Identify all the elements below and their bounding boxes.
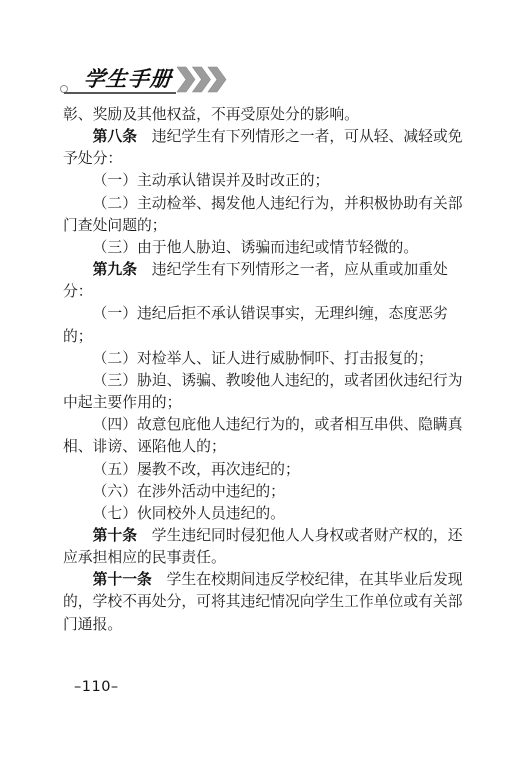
article-number: 第十条: [93, 527, 137, 544]
page-number: –110–: [74, 679, 119, 695]
text-line: 应承担相应的民事责任。: [63, 547, 463, 569]
text-line: （六）在涉外活动中违纪的；: [63, 481, 463, 503]
text-line: （一）违纪后拒不承认错误事实，无理纠缠，态度恶劣: [63, 303, 463, 325]
text-line: 分：: [63, 281, 463, 303]
text-line: （四）故意包庇他人违纪行为的，或者相互串供、隐瞒真: [63, 414, 463, 436]
text-line: 中起主要作用的；: [63, 392, 463, 414]
text-line: （三）由于他人胁迫、诱骗而违纪或情节轻微的。: [63, 237, 463, 259]
text-line: 彰、奖励及其他权益，不再受原处分的影响。: [63, 104, 463, 126]
text-line: （二）对检举人、证人进行威胁恫吓、打击报复的；: [63, 348, 463, 370]
text-line: 门通报。: [63, 614, 463, 636]
text-line: 第九条 违纪学生有下列情形之一者，应从重或加重处: [63, 259, 463, 281]
text-line: （二）主动检举、揭发他人违纪行为，并积极协助有关部: [63, 193, 463, 215]
text-line: 的，学校不再处分，可将其违纪情况向学生工作单位或有关部: [63, 591, 463, 613]
article-number: 第八条: [93, 128, 137, 145]
triple-chevron-right-icon: [177, 66, 227, 93]
text-line: （三）胁迫、诱骗、教唆他人违纪的，或者团伙违纪行为: [63, 370, 463, 392]
article-number: 第九条: [93, 261, 137, 278]
article-number: 第十一条: [93, 571, 152, 588]
handbook-title: 学生手册: [82, 63, 173, 93]
text-line: 予处分：: [63, 148, 463, 170]
text-line: 相、诽谤、诬陷他人的；: [63, 436, 463, 458]
text-line: 的；: [63, 326, 463, 348]
text-line: 第十一条 学生在校期间违反学校纪律，在其毕业后发现: [63, 569, 463, 591]
text-line: 第十条 学生违纪同时侵犯他人人身权或者财产权的，还: [63, 525, 463, 547]
text-line: （五）屡教不改，再次违纪的；: [63, 459, 463, 481]
text-line: （七）伙同校外人员违纪的。: [63, 503, 463, 525]
text-line: 第八条 违纪学生有下列情形之一者，可从轻、减轻或免: [63, 126, 463, 148]
text-line: 门查处问题的；: [63, 215, 463, 237]
page-footer: –110–: [74, 679, 119, 695]
handbook-page: 学生手册 彰、奖励及其他权益，不再受原处分的影响。第八条 违纪学生有下列情形之一…: [0, 0, 525, 768]
document-body: 彰、奖励及其他权益，不再受原处分的影响。第八条 违纪学生有下列情形之一者，可从轻…: [63, 104, 463, 636]
text-line: （一）主动承认错误并及时改正的；: [63, 170, 463, 192]
